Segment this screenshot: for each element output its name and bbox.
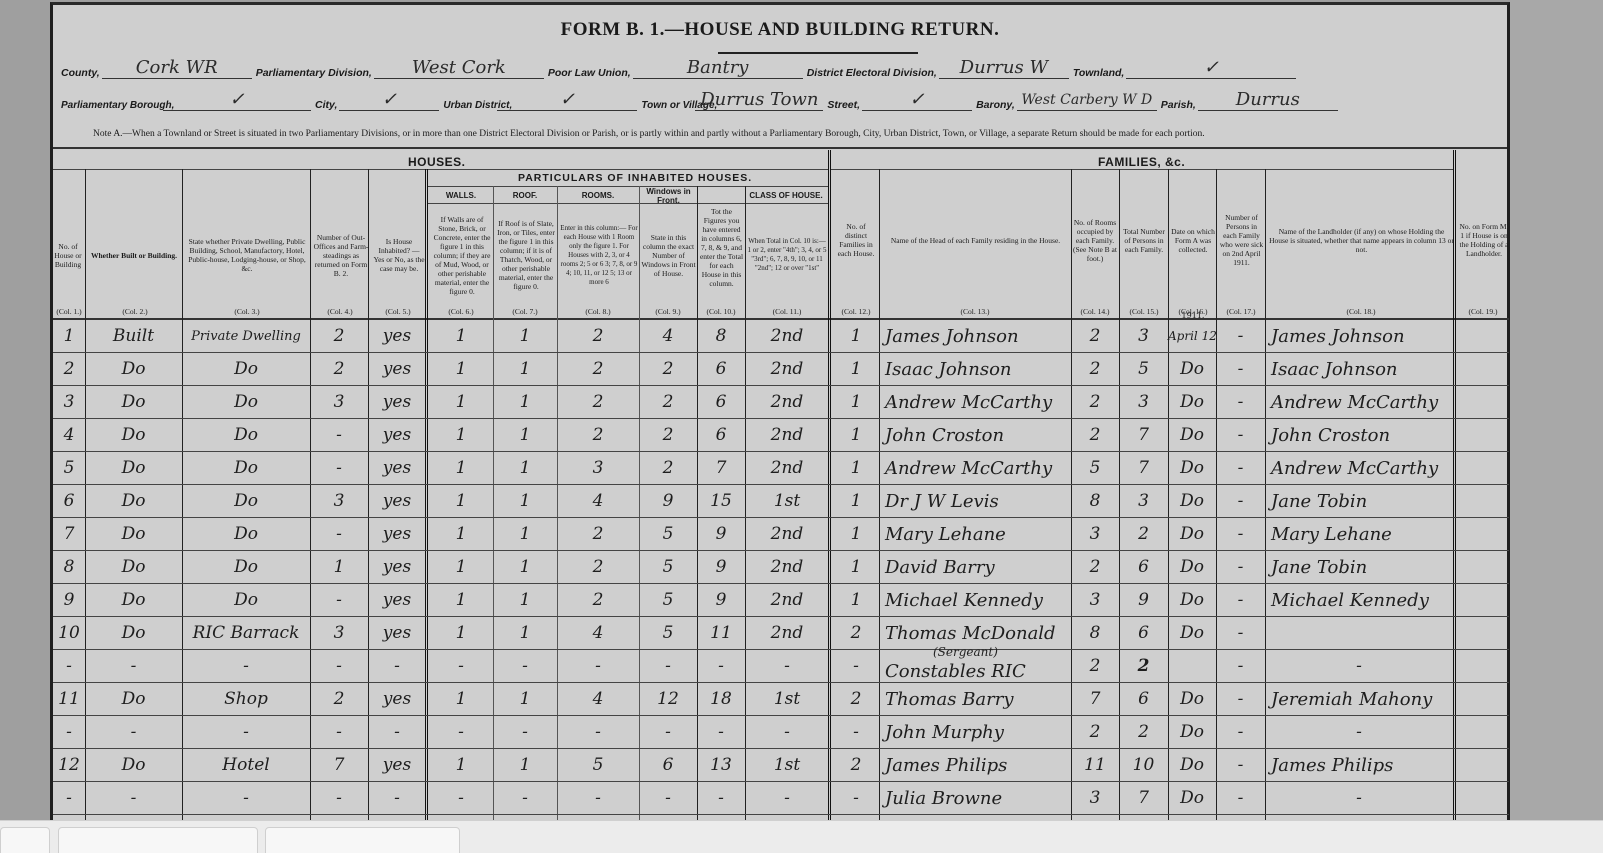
- barony-value: West Carbery W D: [1017, 89, 1157, 111]
- note-a: Note A.—When a Townland or Street is sit…: [93, 129, 1205, 139]
- cell-walls: 1: [429, 452, 493, 485]
- col4-header: Number of Out-Offices and Farm-steadings…: [313, 205, 369, 305]
- cell-inhabited: yes: [368, 749, 426, 782]
- col5-header: Is House Inhabited? — Yes or No, as the …: [373, 205, 425, 305]
- cell-rooms-occupied: 8: [1071, 485, 1119, 518]
- cell-persons: 3: [1119, 320, 1168, 353]
- col1-num: (Col. 1.): [53, 307, 85, 316]
- cell-persons: 6: [1119, 617, 1168, 650]
- cell-windows: 5: [639, 551, 697, 584]
- section-families: FAMILIES, &c.: [1098, 155, 1185, 169]
- col14-header: No. of Rooms occupied by each Family. (S…: [1072, 175, 1118, 305]
- cell-walls: -: [429, 716, 493, 749]
- cell-families: -: [833, 650, 879, 683]
- cell-house-no: 5: [53, 452, 85, 485]
- cell-rooms: 2: [557, 584, 639, 617]
- cell-class: 2nd: [745, 353, 829, 386]
- cell-total: 6: [697, 419, 745, 452]
- street-value: ✓: [862, 89, 972, 111]
- cell-families: 1: [833, 353, 879, 386]
- cell-windows: 5: [639, 617, 697, 650]
- cell-sick: -: [1216, 353, 1265, 386]
- cell-rooms-occupied: 2: [1071, 419, 1119, 452]
- cell-inhabited: yes: [368, 452, 426, 485]
- cell-head-name: James Philips: [879, 749, 1071, 782]
- cell-inhabited: -: [368, 782, 426, 815]
- cell-landholder: James Johnson: [1265, 320, 1453, 353]
- cell-families: 2: [833, 617, 879, 650]
- cell-rooms: 4: [557, 617, 639, 650]
- cell-families: -: [833, 782, 879, 815]
- col12-header: No. of distinct Families in each House.: [835, 175, 877, 305]
- poor-law-union-value: Bantry: [633, 57, 803, 79]
- cell-sick: -: [1216, 617, 1265, 650]
- cell-rooms: -: [557, 782, 639, 815]
- col14-num: (Col. 14.): [1071, 307, 1119, 316]
- cell-rooms-occupied: 2: [1071, 353, 1119, 386]
- townland-label: Townland,: [1073, 67, 1125, 79]
- cell-windows: 2: [639, 353, 697, 386]
- cell-sick: -: [1216, 485, 1265, 518]
- col16-header: Date on which Form A was collected.: [1170, 175, 1216, 305]
- cell-rooms: 2: [557, 320, 639, 353]
- cell-walls: 1: [429, 584, 493, 617]
- cell-rooms: 5: [557, 749, 639, 782]
- rule: [831, 169, 1453, 170]
- cell-head-name: John Croston: [879, 419, 1071, 452]
- cell-roof: -: [493, 650, 557, 683]
- cell-roof: 1: [493, 419, 557, 452]
- cell-built: -: [85, 716, 182, 749]
- cell-sick: -: [1216, 650, 1265, 683]
- col2-header: Whether Built or Building.: [89, 205, 179, 305]
- cell-head-name: Thomas Barry: [879, 683, 1071, 716]
- ded-value: Durrus W: [939, 57, 1069, 79]
- cell-total: 15: [697, 485, 745, 518]
- col7-num: (Col. 7.): [493, 307, 557, 316]
- cell-rooms: 3: [557, 452, 639, 485]
- cell-built: Do: [85, 485, 182, 518]
- cell-class: 2nd: [745, 584, 829, 617]
- cell-class: 2nd: [745, 320, 829, 353]
- cell-date-collected: Do: [1168, 353, 1216, 386]
- cell-total: 13: [697, 749, 745, 782]
- cell-house-no: 6: [53, 485, 85, 518]
- cell-total: 18: [697, 683, 745, 716]
- cell-class: 1st: [745, 683, 829, 716]
- cell-sick: -: [1216, 782, 1265, 815]
- col15-header: Total Number of Persons in each Family.: [1121, 175, 1167, 305]
- cell-built: -: [85, 650, 182, 683]
- cell-roof: 1: [493, 683, 557, 716]
- cell-roof: 1: [493, 452, 557, 485]
- cell-inhabited: yes: [368, 584, 426, 617]
- urban-district-label: Urban District,: [443, 101, 495, 111]
- cell-total: 9: [697, 518, 745, 551]
- parl-borough-value: ✓: [163, 89, 311, 111]
- cell-house-no: -: [53, 716, 85, 749]
- cell-built: Do: [85, 452, 182, 485]
- cell-sick: -: [1216, 518, 1265, 551]
- town-value: Durrus Town: [695, 89, 823, 111]
- col2-num: (Col. 2.): [87, 307, 183, 316]
- cell-walls: -: [429, 782, 493, 815]
- cell-windows: 4: [639, 320, 697, 353]
- cell-roof: 1: [493, 518, 557, 551]
- cell-building-type: -: [182, 650, 310, 683]
- cell-rooms: 4: [557, 683, 639, 716]
- cell-persons: 7: [1119, 452, 1168, 485]
- cell-head-name: James Johnson: [879, 320, 1071, 353]
- cell-head-name: Dr J W Levis: [879, 485, 1071, 518]
- cell-inhabited: yes: [368, 485, 426, 518]
- cell-out-offices: 3: [310, 485, 368, 518]
- cell-rooms-occupied: 3: [1071, 782, 1119, 815]
- cell-total: 6: [697, 386, 745, 419]
- cell-class: 1st: [745, 485, 829, 518]
- cell-persons: 7: [1119, 419, 1168, 452]
- col8-header: Enter in this column:— For each House wi…: [559, 205, 639, 305]
- cell-roof: 1: [493, 551, 557, 584]
- cell-total: 6: [697, 353, 745, 386]
- cell-head-name: Isaac Johnson: [879, 353, 1071, 386]
- cell-class: 2nd: [745, 386, 829, 419]
- cell-families: 1: [833, 485, 879, 518]
- tab-3[interactable]: [265, 827, 460, 853]
- subhead-roof: ROOF.: [494, 191, 556, 200]
- cell-walls: 1: [429, 683, 493, 716]
- cell-landholder: Andrew McCarthy: [1265, 452, 1453, 485]
- cell-persons: 3: [1119, 485, 1168, 518]
- cell-sick: -: [1216, 683, 1265, 716]
- col19-header: No. on Form M. 1 if House is on the Hold…: [1459, 175, 1509, 305]
- cell-out-offices: -: [310, 650, 368, 683]
- cell-inhabited: yes: [368, 320, 426, 353]
- cell-class: 2nd: [745, 551, 829, 584]
- cell-rooms-occupied: 2: [1071, 650, 1119, 683]
- cell-rooms: 4: [557, 485, 639, 518]
- cell-inhabited: yes: [368, 419, 426, 452]
- street-label: Street,: [827, 99, 860, 111]
- cell-rooms-occupied: 2: [1071, 386, 1119, 419]
- cell-walls: 1: [429, 485, 493, 518]
- cell-class: -: [745, 650, 829, 683]
- cell-windows: 5: [639, 584, 697, 617]
- header-row-1: County, Cork WR Parliamentary Division, …: [61, 57, 1300, 79]
- cell-landholder: [1265, 617, 1453, 650]
- cell-roof: 1: [493, 617, 557, 650]
- cell-roof: 1: [493, 386, 557, 419]
- cell-walls: 1: [429, 518, 493, 551]
- cell-families: 1: [833, 320, 879, 353]
- cell-total: -: [697, 650, 745, 683]
- col18-header: Name of the Landholder (if any) on whose…: [1269, 175, 1454, 305]
- parl-division-value: West Cork: [374, 57, 544, 79]
- cell-rooms-occupied: 3: [1071, 518, 1119, 551]
- cell-house-no: 12: [53, 749, 85, 782]
- city-label: City,: [315, 99, 337, 111]
- cell-total: 9: [697, 551, 745, 584]
- col9-header: State in this column the exact Number of…: [641, 205, 696, 305]
- cell-roof: 1: [493, 353, 557, 386]
- col5-num: (Col. 5.): [369, 307, 427, 316]
- cell-total: 7: [697, 452, 745, 485]
- parish-label: Parish,: [1161, 99, 1196, 111]
- col13-header: Name of the Head of each Family residing…: [883, 175, 1068, 305]
- cell-built: Do: [85, 683, 182, 716]
- rule: [53, 169, 828, 170]
- parl-division-label: Parliamentary Division,: [256, 67, 372, 79]
- cell-out-offices: -: [310, 716, 368, 749]
- cell-house-no: 1: [53, 320, 85, 353]
- cell-head-name: John Murphy: [879, 716, 1071, 749]
- cell-rooms: 2: [557, 518, 639, 551]
- parish-value: Durrus: [1198, 89, 1338, 111]
- document-viewer[interactable]: FORM B. 1.—HOUSE AND BUILDING RETURN. Co…: [0, 0, 1603, 838]
- col11-num: (Col. 11.): [745, 307, 829, 316]
- cell-sick: -: [1216, 452, 1265, 485]
- cell-class: -: [745, 716, 829, 749]
- cell-rooms: 2: [557, 353, 639, 386]
- cell-house-no: 11: [53, 683, 85, 716]
- cell-house-no: 9: [53, 584, 85, 617]
- cell-out-offices: -: [310, 518, 368, 551]
- cell-out-offices: -: [310, 452, 368, 485]
- cell-landholder: Jane Tobin: [1265, 551, 1453, 584]
- cell-walls: 1: [429, 386, 493, 419]
- cell-roof: 1: [493, 749, 557, 782]
- cell-out-offices: 3: [310, 386, 368, 419]
- census-form-page: FORM B. 1.—HOUSE AND BUILDING RETURN. Co…: [50, 2, 1510, 838]
- col10-header: Tot the Figures you have entered in colu…: [699, 190, 744, 305]
- cell-date-collected: Do: [1168, 584, 1216, 617]
- cell-windows: 2: [639, 386, 697, 419]
- cell-sick: -: [1216, 419, 1265, 452]
- cell-out-offices: 3: [310, 617, 368, 650]
- cell-built: Built: [85, 320, 182, 353]
- col17-header: Number of Persons in each Family who wer…: [1219, 175, 1264, 305]
- cell-head-name: Andrew McCarthy: [879, 386, 1071, 419]
- cell-total: 9: [697, 584, 745, 617]
- cell-landholder: -: [1265, 650, 1453, 683]
- cell-class: 2nd: [745, 617, 829, 650]
- cell-total: -: [697, 782, 745, 815]
- cell-house-no: 4: [53, 419, 85, 452]
- rule: [428, 186, 828, 187]
- cell-house-no: 8: [53, 551, 85, 584]
- cell-total: -: [697, 716, 745, 749]
- cell-head-name: Mary Lehane: [879, 518, 1071, 551]
- cell-windows: -: [639, 650, 697, 683]
- cell-built: Do: [85, 584, 182, 617]
- cell-persons: 2: [1119, 650, 1168, 683]
- cell-building-type: Private Dwelling: [182, 320, 310, 353]
- cell-walls: 1: [429, 749, 493, 782]
- cell-house-no: -: [53, 782, 85, 815]
- cell-persons: 9: [1119, 584, 1168, 617]
- cell-building-type: Do: [182, 386, 310, 419]
- cell-landholder: Isaac Johnson: [1265, 353, 1453, 386]
- header-row-2: Parliamentary Borough, ✓ City, ✓ Urban D…: [61, 89, 1342, 111]
- cell-date-collected: Do: [1168, 518, 1216, 551]
- cell-landholder: Andrew McCarthy: [1265, 386, 1453, 419]
- cell-class: 2nd: [745, 419, 829, 452]
- cell-built: -: [85, 782, 182, 815]
- cell-families: 2: [833, 749, 879, 782]
- cell-building-type: -: [182, 782, 310, 815]
- cell-date-collected: Do: [1168, 485, 1216, 518]
- cell-walls: 1: [429, 353, 493, 386]
- cell-families: 1: [833, 518, 879, 551]
- cell-walls: 1: [429, 419, 493, 452]
- cell-built: Do: [85, 419, 182, 452]
- col15-num: (Col. 15.): [1119, 307, 1169, 316]
- cell-building-type: Do: [182, 485, 310, 518]
- cell-roof: -: [493, 782, 557, 815]
- col3-header: State whether Private Dwelling, Public B…: [185, 205, 309, 305]
- cell-families: 1: [833, 584, 879, 617]
- cell-inhabited: yes: [368, 617, 426, 650]
- cell-windows: 5: [639, 518, 697, 551]
- cell-date-collected: [1168, 650, 1216, 683]
- col19-num: (Col. 19.): [1457, 307, 1509, 316]
- subhead-rooms: ROOMS.: [558, 191, 638, 200]
- cell-rooms-occupied: 2: [1071, 551, 1119, 584]
- col13-num: (Col. 13.): [879, 307, 1071, 316]
- section-particulars: PARTICULARS OF INHABITED HOUSES.: [518, 172, 752, 184]
- cell-persons: 2: [1119, 716, 1168, 749]
- cell-date-collected: Do: [1168, 386, 1216, 419]
- col8-num: (Col. 8.): [557, 307, 639, 316]
- cell-inhabited: -: [368, 716, 426, 749]
- cell-out-offices: -: [310, 584, 368, 617]
- form-title: FORM B. 1.—HOUSE AND BUILDING RETURN.: [53, 19, 1507, 41]
- cell-roof: 1: [493, 485, 557, 518]
- cell-date-collected: Do: [1168, 782, 1216, 815]
- parl-borough-label: Parliamentary Borough,: [61, 101, 161, 111]
- cell-rooms: 2: [557, 419, 639, 452]
- cell-families: 1: [833, 386, 879, 419]
- cell-total: 11: [697, 617, 745, 650]
- barony-label: Barony,: [976, 99, 1015, 111]
- cell-families: 1: [833, 419, 879, 452]
- cell-out-offices: 7: [310, 749, 368, 782]
- cell-rooms: -: [557, 650, 639, 683]
- cell-head-name: Michael Kennedy: [879, 584, 1071, 617]
- cell-rooms-occupied: 8: [1071, 617, 1119, 650]
- cell-sick: -: [1216, 716, 1265, 749]
- subhead-windows: Windows in Front.: [641, 187, 696, 205]
- cell-sick: -: [1216, 551, 1265, 584]
- county-value: Cork WR: [102, 57, 252, 79]
- cell-building-type: Do: [182, 419, 310, 452]
- cell-persons: 3: [1119, 386, 1168, 419]
- tab-2[interactable]: [58, 827, 258, 853]
- cell-built: Do: [85, 518, 182, 551]
- subhead-class: CLASS OF HOUSE.: [745, 191, 827, 200]
- cell-head-name: David Barry: [879, 551, 1071, 584]
- cell-windows: 6: [639, 749, 697, 782]
- cell-house-no: 2: [53, 353, 85, 386]
- poor-law-union-label: Poor Law Union,: [548, 67, 631, 79]
- cell-rooms: 2: [557, 386, 639, 419]
- cell-inhabited: yes: [368, 551, 426, 584]
- cell-walls: -: [429, 650, 493, 683]
- tab-1[interactable]: [0, 827, 50, 853]
- cell-inhabited: -: [368, 650, 426, 683]
- cell-rooms-occupied: 2: [1071, 716, 1119, 749]
- cell-building-type: RIC Barrack: [182, 617, 310, 650]
- cell-class: 1st: [745, 749, 829, 782]
- bottom-tab-bar: [0, 820, 1603, 853]
- cell-building-type: -: [182, 716, 310, 749]
- cell-rooms: 2: [557, 551, 639, 584]
- cell-roof: -: [493, 716, 557, 749]
- col6-header: If Walls are of Stone, Brick, or Concret…: [431, 205, 493, 305]
- cell-head-name: Julia Browne: [879, 782, 1071, 815]
- cell-walls: 1: [429, 551, 493, 584]
- section-houses: HOUSES.: [408, 155, 466, 169]
- cell-class: 2nd: [745, 452, 829, 485]
- cell-roof: 1: [493, 584, 557, 617]
- cell-windows: -: [639, 782, 697, 815]
- col1-header: No. of House or Building: [53, 205, 83, 305]
- cell-date-collected: Do: [1168, 617, 1216, 650]
- cell-built: Do: [85, 353, 182, 386]
- cell-building-type: Hotel: [182, 749, 310, 782]
- cell-persons: 7: [1119, 782, 1168, 815]
- cell-building-type: Do: [182, 452, 310, 485]
- cell-landholder: Michael Kennedy: [1265, 584, 1453, 617]
- county-label: County,: [61, 67, 100, 79]
- cell-date-collected: Do: [1168, 551, 1216, 584]
- rule: [428, 203, 828, 204]
- cell-out-offices: 2: [310, 683, 368, 716]
- col6-num: (Col. 6.): [429, 307, 493, 316]
- cell-walls: 1: [429, 617, 493, 650]
- cell-persons: 6: [1119, 551, 1168, 584]
- cell-windows: 12: [639, 683, 697, 716]
- col3-num: (Col. 3.): [183, 307, 311, 316]
- cell-families: 2: [833, 683, 879, 716]
- cell-windows: 2: [639, 452, 697, 485]
- cell-out-offices: 2: [310, 320, 368, 353]
- cell-house-no: 3: [53, 386, 85, 419]
- cell-built: Do: [85, 749, 182, 782]
- cell-landholder: James Philips: [1265, 749, 1453, 782]
- cell-landholder: Jane Tobin: [1265, 485, 1453, 518]
- cell-sick: -: [1216, 749, 1265, 782]
- title-underline: [718, 52, 918, 54]
- cell-roof: 1: [493, 320, 557, 353]
- cell-built: Do: [85, 386, 182, 419]
- cell-built: Do: [85, 617, 182, 650]
- col4-num: (Col. 4.): [311, 307, 369, 316]
- cell-house-no: 7: [53, 518, 85, 551]
- cell-building-type: Do: [182, 353, 310, 386]
- col18-num: (Col. 18.): [1265, 307, 1457, 316]
- cell-total: 8: [697, 320, 745, 353]
- cell-windows: 9: [639, 485, 697, 518]
- cell-landholder: -: [1265, 782, 1453, 815]
- cell-built: Do: [85, 551, 182, 584]
- cell-head-name: Andrew McCarthy: [879, 452, 1071, 485]
- col7-header: If Roof is of Slate, Iron, or Tiles, ent…: [495, 205, 557, 305]
- cell-building-type: Do: [182, 551, 310, 584]
- cell-date-collected: Do: [1168, 683, 1216, 716]
- cell-class: 2nd: [745, 518, 829, 551]
- col10-num: (Col. 10.): [697, 307, 745, 316]
